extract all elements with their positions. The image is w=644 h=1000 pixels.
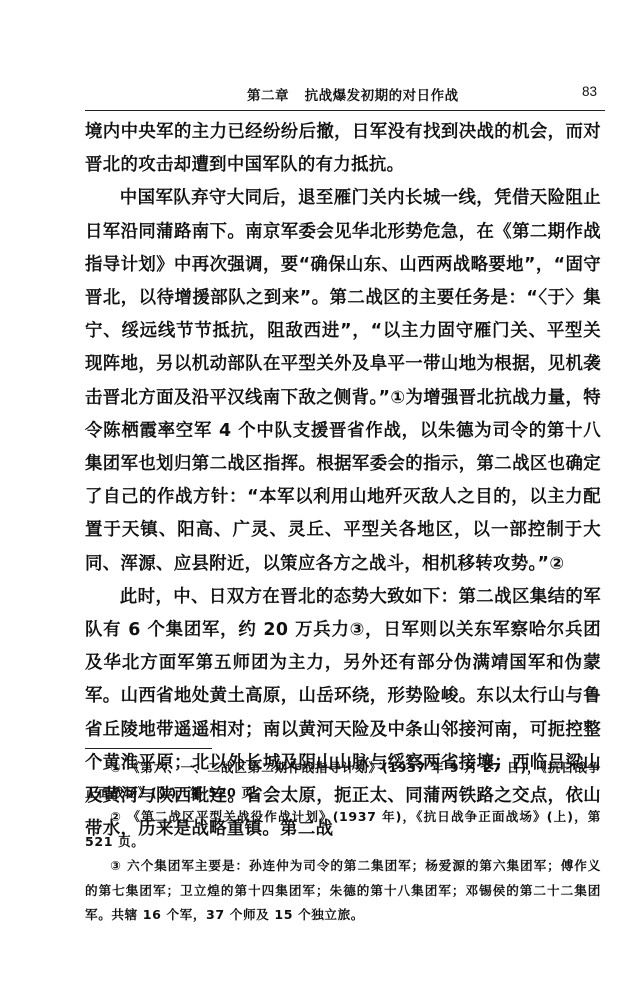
footnotes: ① 《第六、一、二战区第二期作战指导计划》(1937 年 9 月 27 日)，《…: [85, 756, 601, 928]
page-number: 83: [582, 84, 597, 99]
paragraph-continued: 境内中央军的主力已经纷纷后撤，日军没有找到决战的机会，而对晋北的攻击却遭到中国军…: [85, 116, 601, 182]
body-text: 境内中央军的主力已经纷纷后撤，日军没有找到决战的机会，而对晋北的攻击却遭到中国军…: [85, 116, 601, 846]
running-title: 第二章 抗战爆发初期的对日作战: [247, 84, 459, 104]
footnote-3: ③ 六个集团军主要是：孙连仲为司令的第二集团军；杨爱源的第六集团军；傅作义的第七…: [85, 854, 601, 928]
footnote-2: ② 《第二战区平型关战役作战计划》(1937 年)，《抗日战争正面战场》(上)，…: [85, 805, 601, 854]
footnote-separator: [85, 748, 212, 749]
header-rule: [85, 110, 605, 111]
footnote-1: ① 《第六、一、二战区第二期作战指导计划》(1937 年 9 月 27 日)，《…: [85, 756, 601, 805]
paragraph: 中国军队弃守大同后，退至雁门关内长城一线，凭借天险阻止日军沿同蒲路南下。南京军委…: [85, 182, 601, 580]
running-header: 第二章 抗战爆发初期的对日作战 83: [85, 84, 605, 106]
